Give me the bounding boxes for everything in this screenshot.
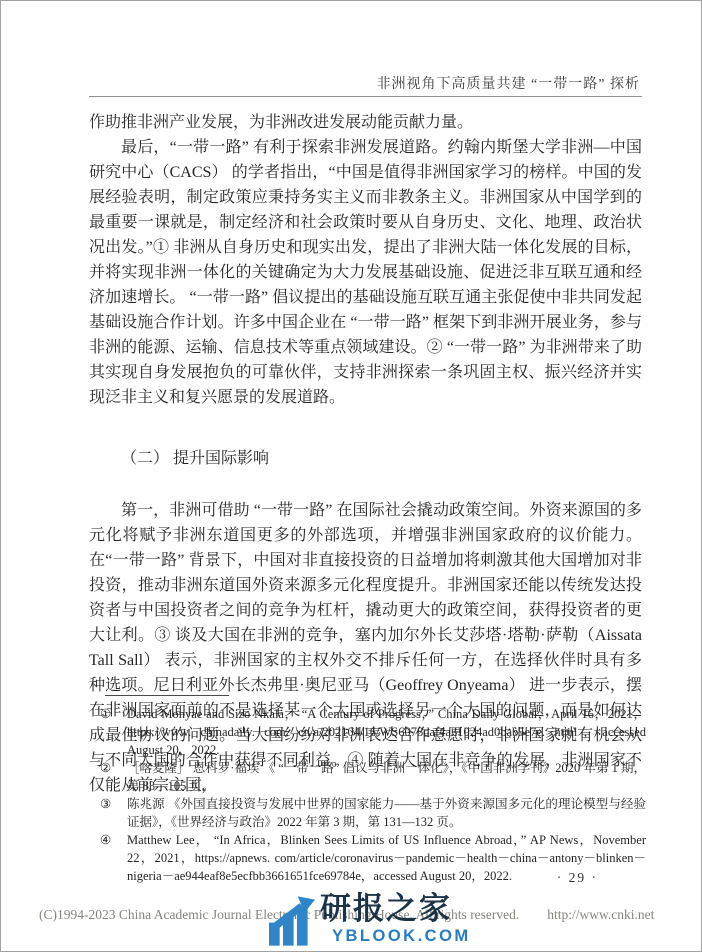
page-number: · 29 · <box>557 870 598 886</box>
footnote-item: ② ［喀麦隆］ 恩科罗·福埃 《 “一带一路” 倡议与非洲一体化》，《中国非洲学… <box>100 759 646 795</box>
footnote-text: ［喀麦隆］ 恩科罗·福埃 《 “一带一路” 倡议与非洲一体化》，《中国非洲学刊》… <box>127 759 646 795</box>
logo-domain: YBLOOK.COM <box>332 927 471 946</box>
footnote-separator <box>105 695 229 696</box>
paragraph-last-point: 最后，“一带一路” 有利于探索非洲发展道路。约翰内斯堡大学非洲—中国研究中心（C… <box>89 135 642 410</box>
footnote-item: ③ 陈兆源 《外国直接投资与发展中世界的国家能力——基于外资来源国多元化的理论模… <box>100 795 646 831</box>
footnote-text: David Monyae and Sizo Nkala， “A Century … <box>127 705 646 759</box>
paragraph-continuation: 作助推非洲产业发展，为非洲改进发展动能贡献力量。 <box>89 110 642 135</box>
logo-text-column: 研报之家 YBLOOK.COM <box>320 891 471 946</box>
footnote-marker: ③ <box>100 795 127 813</box>
footnotes-block: ① David Monyae and Sizo Nkala， “A Centur… <box>100 705 646 885</box>
document-page: 非洲视角下高质量共建 “一带一路” 探析 作助推非洲产业发展，为非洲改进发展动能… <box>0 0 702 952</box>
yblook-logo-watermark: 研报之家 YBLOOK.COM <box>269 891 471 949</box>
footnote-marker: ① <box>100 705 127 723</box>
logo-name: 研报之家 <box>320 891 471 927</box>
footnote-text: 陈兆源 《外国直接投资与发展中世界的国家能力——基于外资来源国多元化的理论模型与… <box>127 795 646 831</box>
bar-chart-arrow-icon <box>269 893 315 949</box>
footnote-marker: ② <box>100 759 127 777</box>
running-header-title: 非洲视角下高质量共建 “一带一路” 探析 <box>377 73 640 93</box>
header-rule <box>89 96 642 97</box>
cnki-url: http://www.cnki.net <box>547 907 654 922</box>
footnote-marker: ④ <box>100 831 127 849</box>
section-subheading: （二） 提升国际影响 <box>89 446 642 471</box>
footnote-item: ① David Monyae and Sizo Nkala， “A Centur… <box>100 705 646 759</box>
